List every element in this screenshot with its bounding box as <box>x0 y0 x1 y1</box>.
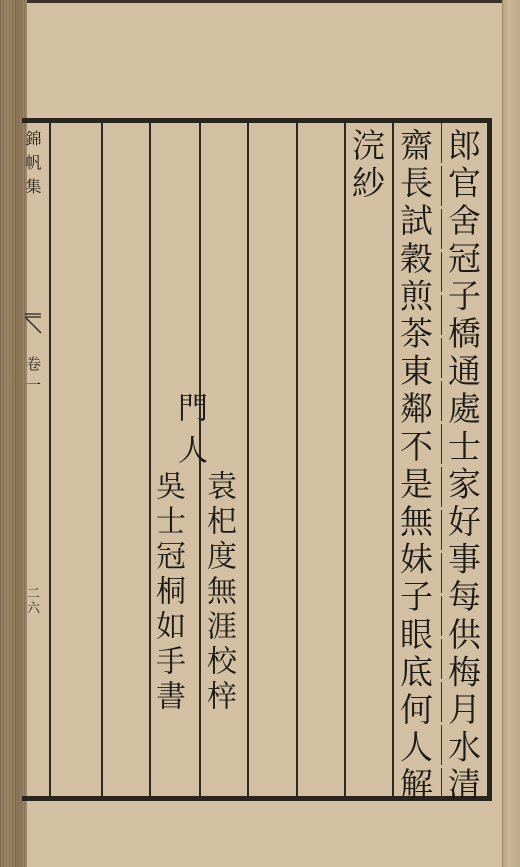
main-text-column-3: 浣紗 <box>350 128 383 203</box>
column-rule <box>247 123 249 799</box>
main-text-column-2: 齋長試穀煎茶東鄰不是無妹子眼底何人解 <box>398 128 431 805</box>
main-text-column-1: 郎官舍冠子橋通處士家好事每供梅月水清 <box>446 128 479 805</box>
top-edge-shadow <box>0 0 520 3</box>
credits-line-calligrapher: 吳士冠桐如手書 <box>152 470 182 715</box>
column-rule <box>101 123 103 799</box>
column-rule <box>49 123 51 799</box>
credits-label: 門人 <box>174 392 204 476</box>
page-right-edge <box>502 0 520 867</box>
fishtail-mark-icon <box>24 312 42 334</box>
page-number-margin: 二六 <box>25 586 38 616</box>
volume-number-margin: 卷一 <box>25 356 40 398</box>
book-page: 錦帆集 卷一 二六 郎官舍冠子橋通處士家好事每供梅月水清 齋長試穀煎茶東鄰不是無… <box>0 0 520 867</box>
book-title-margin: 錦帆集 <box>24 130 40 202</box>
column-rule <box>296 123 298 799</box>
credits-line-editor: 袁𣏌度無涯校梓 <box>203 470 233 715</box>
column-rule <box>344 123 346 799</box>
column-rule <box>392 123 394 799</box>
